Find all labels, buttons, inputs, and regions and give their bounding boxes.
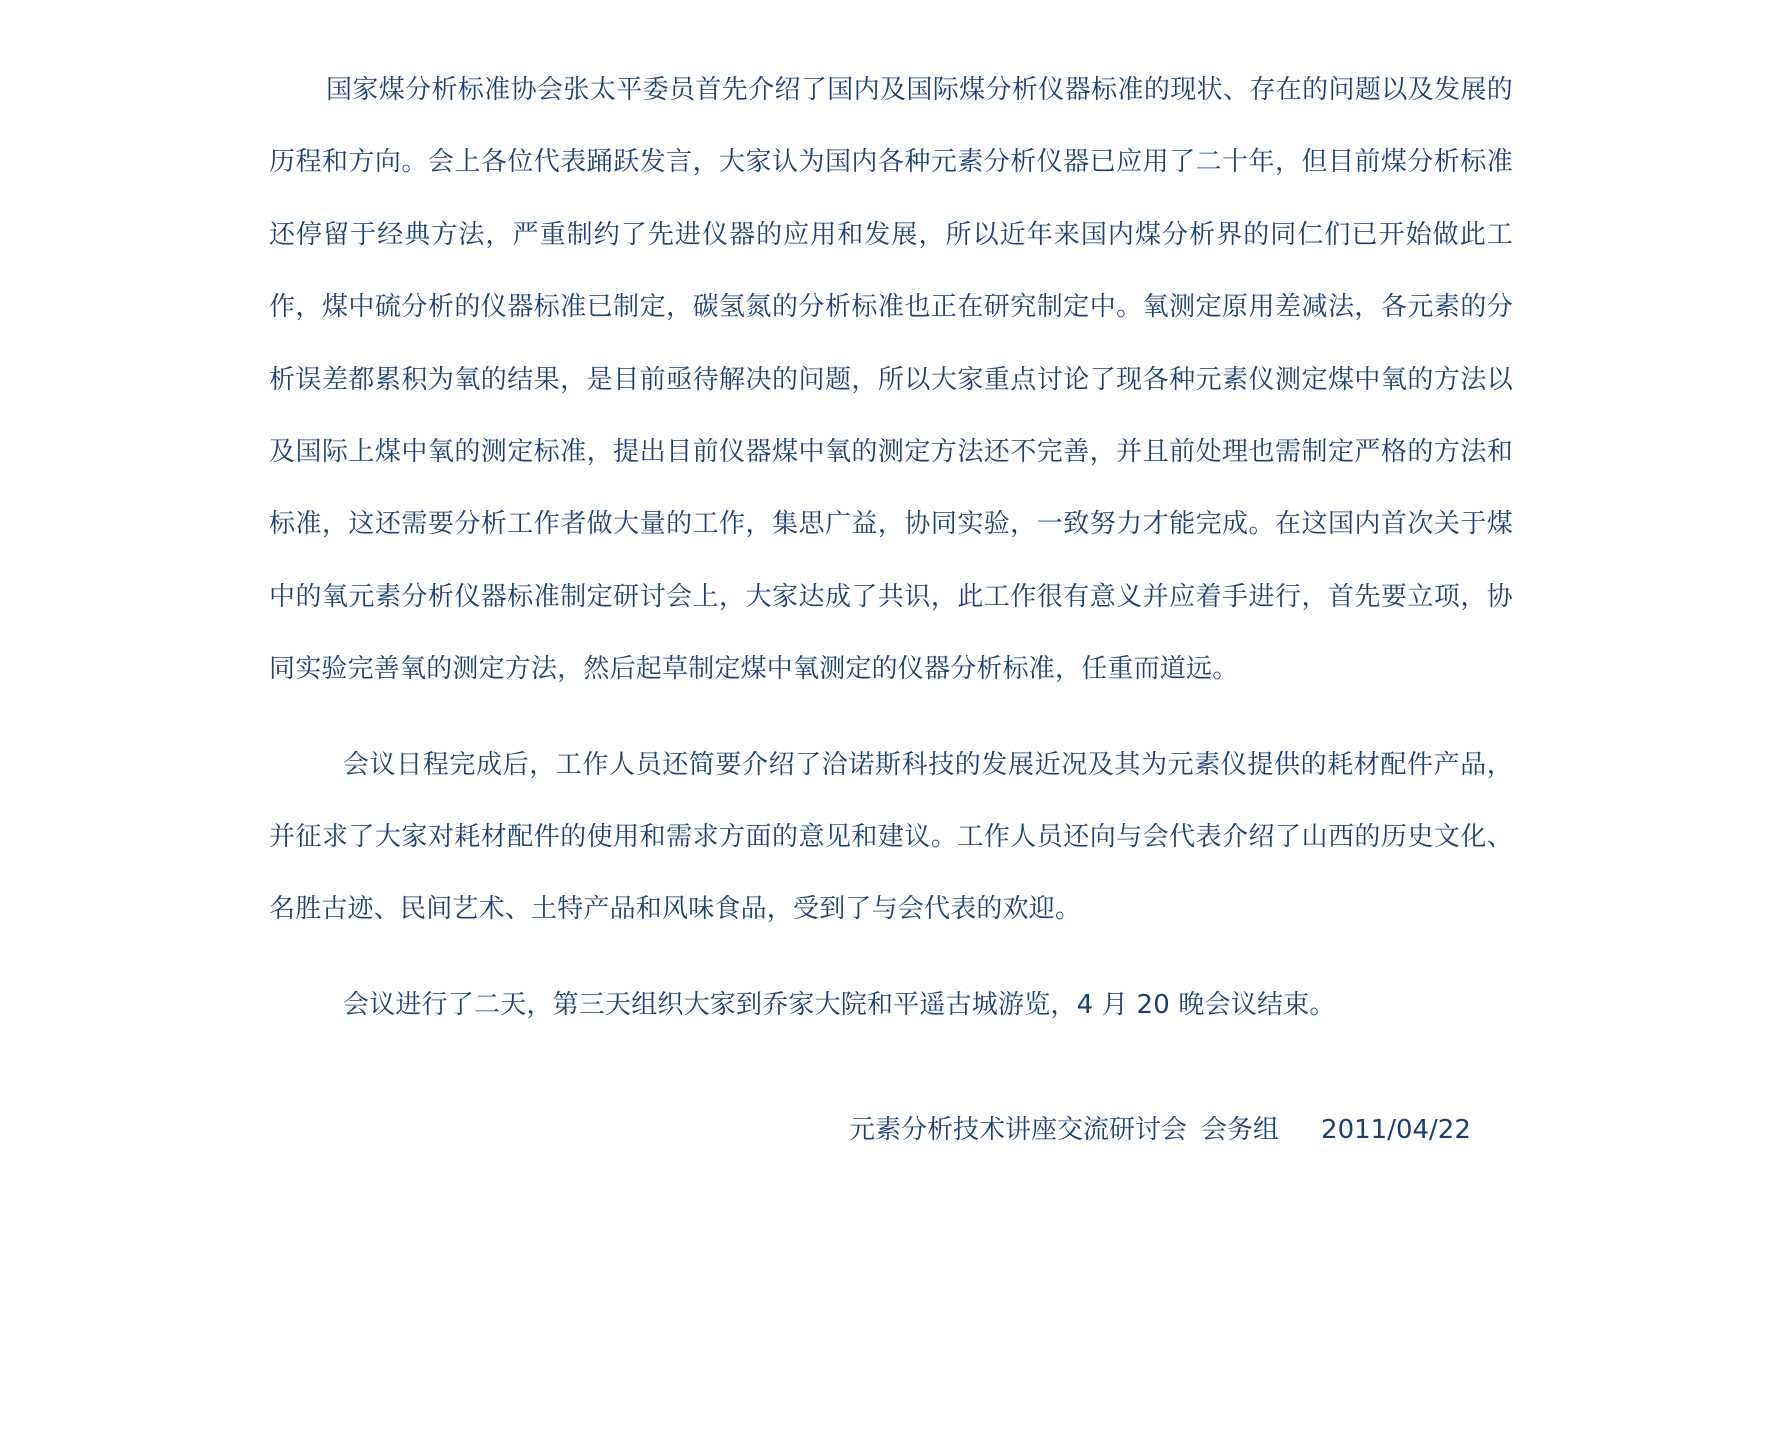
signature-date: 2011/04/22 [1321, 1115, 1471, 1145]
paragraph-meeting-conclusion: 会议进行了二天，第三天组织大家到乔家大院和平遥古城游览，4 月 20 晚会议结束… [269, 969, 1513, 1041]
signature-organization: 元素分析技术讲座交流研讨会 [849, 1115, 1187, 1145]
document-body: 国家煤分析标准协会张太平委员首先介绍了国内及国际煤分析仪器标准的现状、存在的问题… [269, 54, 1513, 1041]
paragraph-company-introduction: 会议日程完成后，工作人员还简要介绍了洽诺斯科技的发展近况及其为元素仪提供的耗材配… [269, 729, 1513, 946]
signature-group: 会务组 [1201, 1115, 1279, 1145]
signature-line: 元素分析技术讲座交流研讨会会务组2011/04/22 [849, 1110, 1471, 1150]
paragraph-standards-discussion: 国家煤分析标准协会张太平委员首先介绍了国内及国际煤分析仪器标准的现状、存在的问题… [269, 54, 1513, 706]
